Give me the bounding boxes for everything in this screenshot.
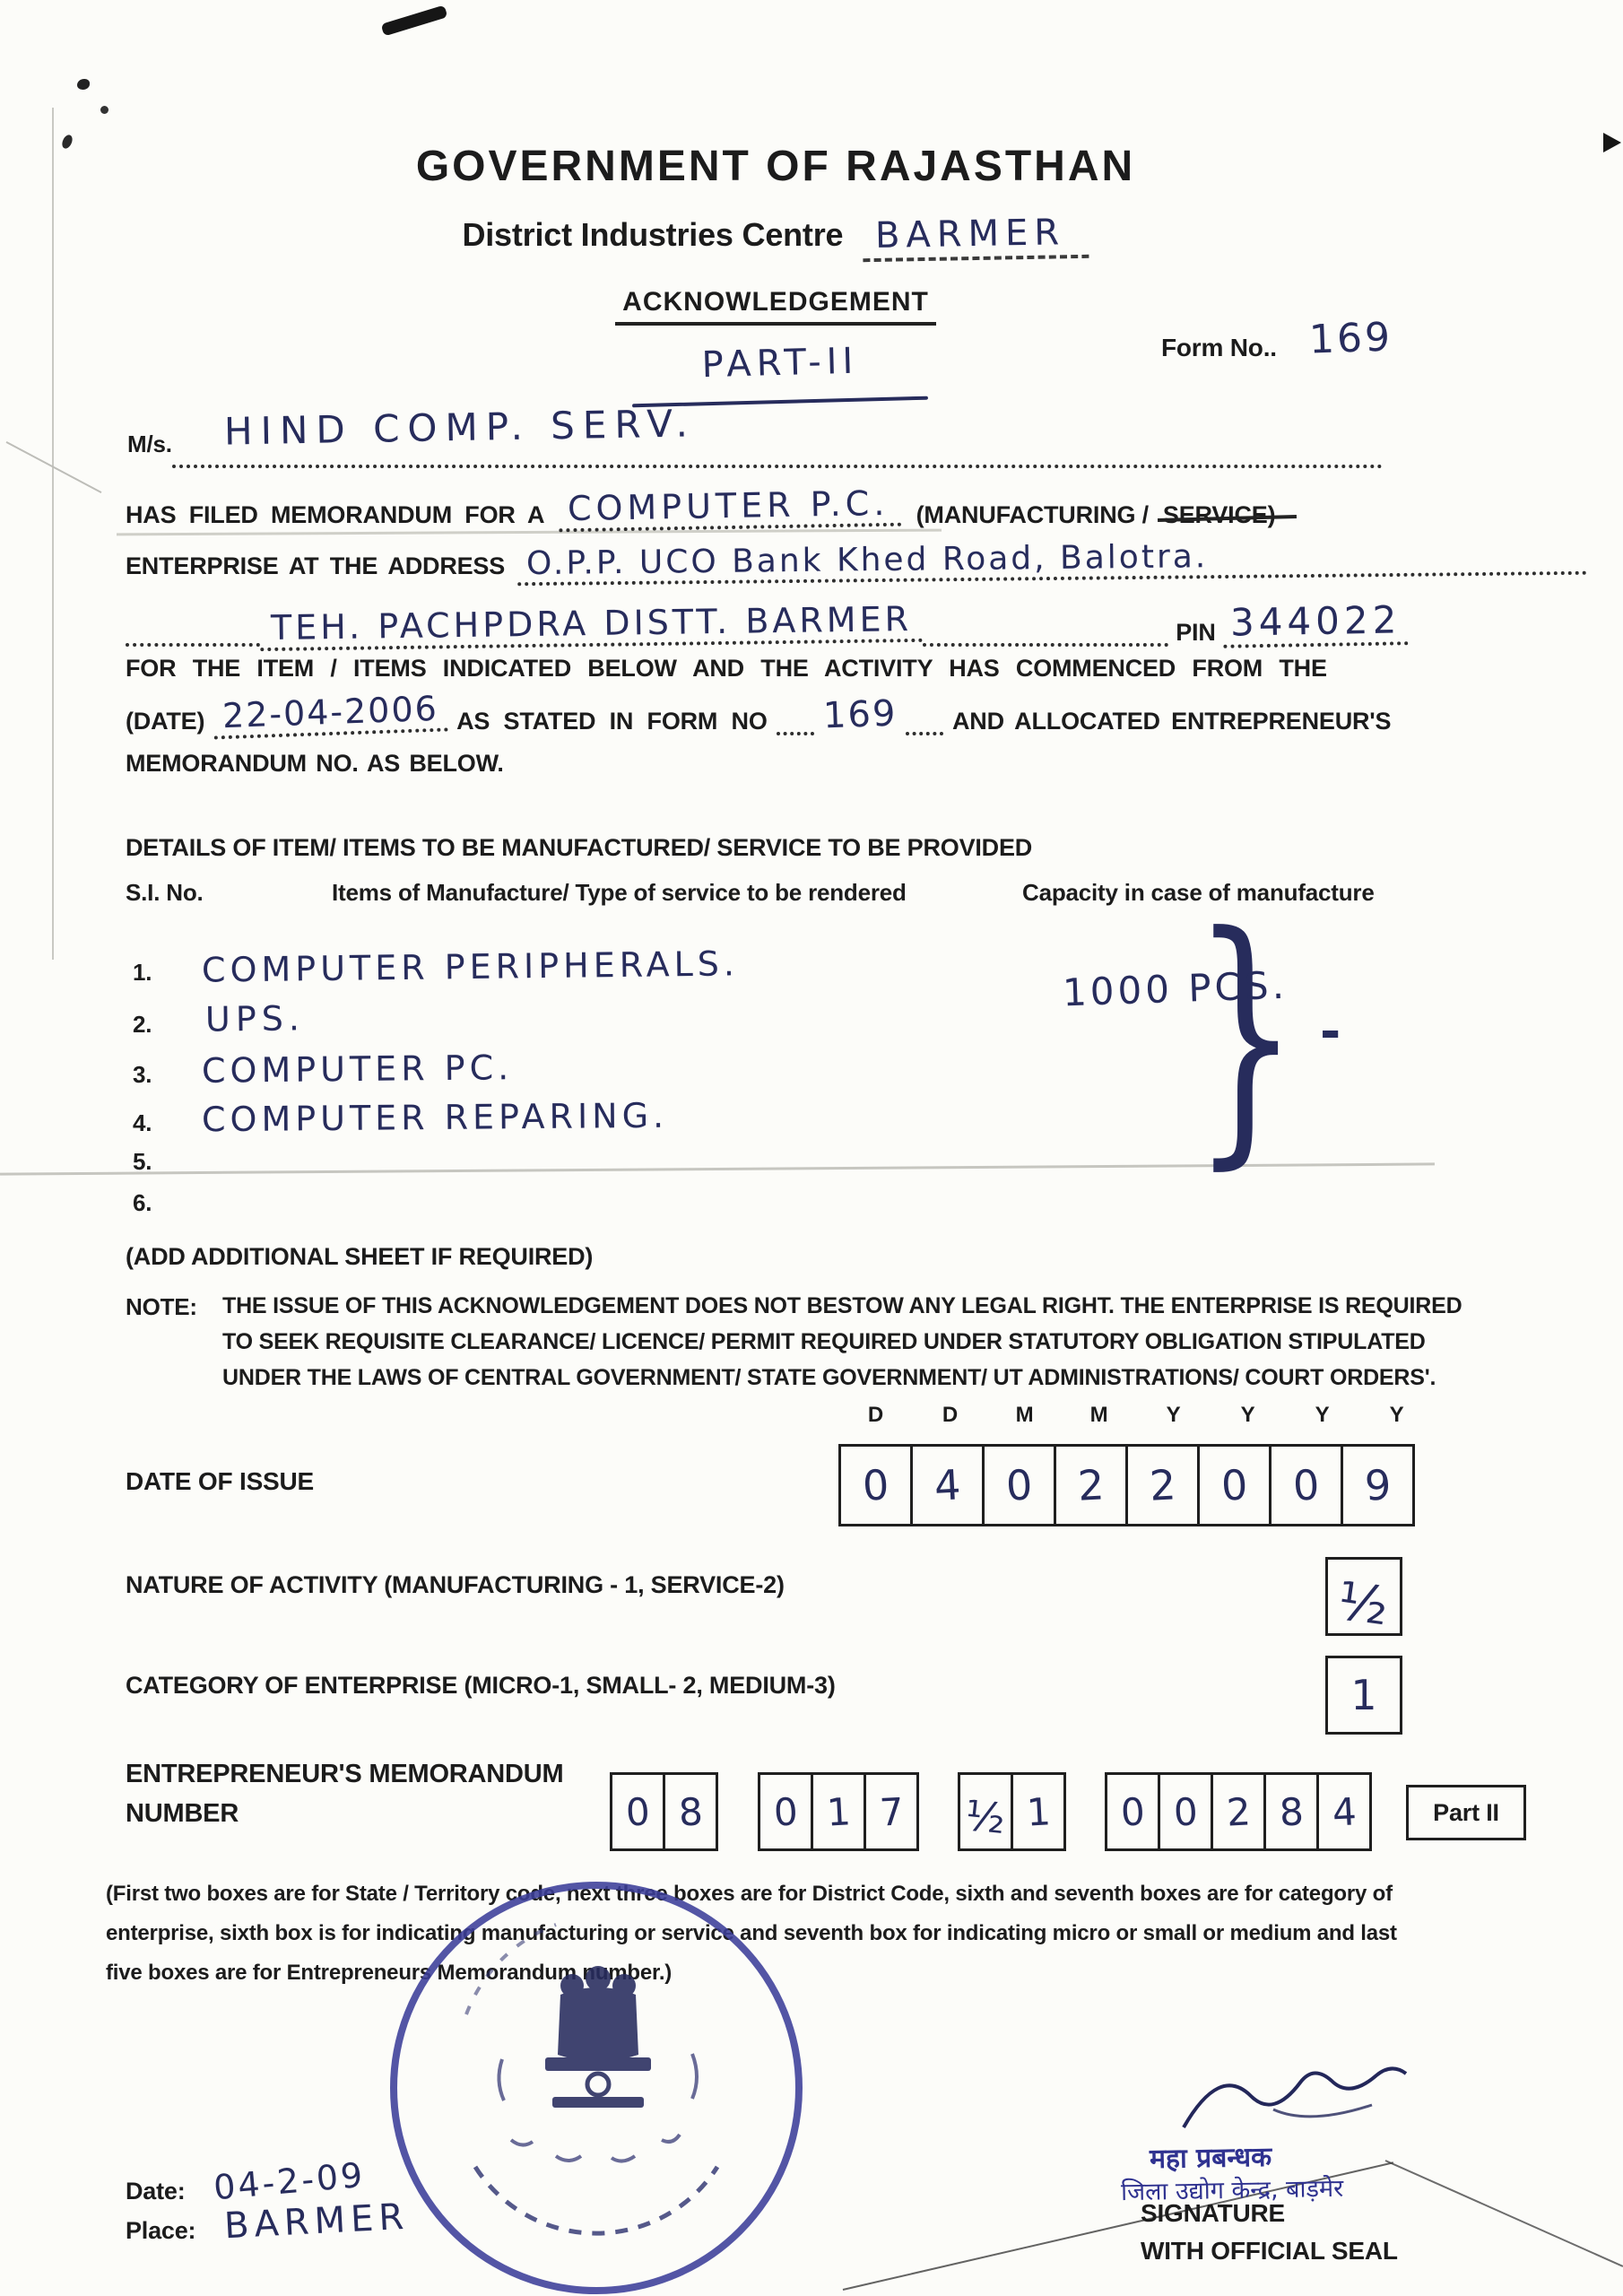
memo-line5-mid: AS STATED IN FORM NO <box>456 708 768 735</box>
em-digit: 2 <box>1225 1789 1251 1834</box>
additional-sheet-note: (ADD ADDITIONAL SHEET IF REQUIRED) <box>126 1243 593 1271</box>
item-no: 5. <box>133 1148 152 1176</box>
em-box: 2 <box>1211 1772 1266 1851</box>
signature-scribble <box>1166 2056 1417 2145</box>
footer-date-label: Date: <box>126 2178 186 2205</box>
em-footnote-line: enterprise, sixth box is for indicating … <box>106 1921 1397 1946</box>
date-letter-row: D D M M Y Y Y Y <box>838 1403 1434 1428</box>
memo-line2: ENTERPRISE AT THE ADDRESS O.P.P. UCO Ban… <box>126 551 1587 580</box>
date-box: 2 <box>1125 1444 1200 1526</box>
scan-smudge <box>100 106 108 114</box>
ack-title: ACKNOWLEDGEMENT <box>615 287 936 326</box>
col-slno: S.I. No. <box>126 879 204 907</box>
date-digit: 0 <box>1219 1460 1248 1509</box>
em-digit: 4 <box>1331 1789 1357 1834</box>
em-box: 0 <box>1158 1772 1213 1851</box>
date-letter: Y <box>1359 1403 1434 1428</box>
leader-dots <box>126 609 260 647</box>
item-no: 4. <box>133 1109 152 1137</box>
em-footnote-line: five boxes are for Entrepreneurs Memoran… <box>106 1961 672 1986</box>
subtitle-label: District Industries Centre <box>462 216 843 254</box>
em-digit: 0 <box>772 1789 798 1834</box>
footer-place-label: Place: <box>126 2217 195 2245</box>
seal-label: WITH OFFICIAL SEAL <box>1141 2237 1398 2266</box>
em-digit: 1 <box>1025 1789 1051 1834</box>
note-line: THE ISSUE OF THIS ACKNOWLEDGEMENT DOES N… <box>222 1293 1462 1319</box>
date-letter: Y <box>1211 1403 1285 1428</box>
em-digit: 1 <box>825 1789 851 1834</box>
em-digit: 8 <box>677 1789 703 1834</box>
date-digit: 0 <box>1291 1460 1320 1509</box>
date-box: 0 <box>1269 1444 1343 1526</box>
date-letter: Y <box>1136 1403 1211 1428</box>
memo-line1: HAS FILED MEMORANDUM FOR A COMPUTER P.C.… <box>126 499 1587 529</box>
item-row: 2. UPS. <box>133 999 305 1039</box>
item-no: 1. <box>133 959 152 987</box>
date-letter: M <box>987 1403 1062 1428</box>
scan-crease <box>117 529 942 536</box>
item-row: 5. <box>133 1148 202 1176</box>
item-text: UPS. <box>205 998 305 1039</box>
note-line: UNDER THE LAWS OF CENTRAL GOVERNMENT/ ST… <box>222 1365 1436 1391</box>
em-box: 7 <box>864 1772 919 1851</box>
date-digit: 4 <box>933 1460 961 1509</box>
scan-crease <box>1385 2160 1623 2267</box>
memo-date-label: (DATE) <box>126 708 204 735</box>
category-label: CATEGORY OF ENTERPRISE (MICRO-1, SMALL- … <box>126 1672 836 1700</box>
category-box: 1 <box>1325 1656 1402 1735</box>
date-digit: 0 <box>1004 1460 1033 1509</box>
ms-value: HIND COMP. SERV. <box>224 401 697 453</box>
part-title: PART-II <box>627 339 933 388</box>
capacity-value: 1000 PCS. <box>1062 963 1288 1015</box>
em-box: 8 <box>1263 1772 1319 1851</box>
date-box: 4 <box>910 1444 985 1526</box>
date-of-issue-boxes: 0 4 0 2 2 0 0 9 <box>838 1444 1412 1526</box>
em-label-line2: NUMBER <box>126 1799 239 1829</box>
item-row: 6. <box>133 1189 202 1217</box>
item-row: 1. COMPUTER PERIPHERALS. <box>133 947 739 987</box>
items-brace: } <box>1193 924 1298 1148</box>
em-label-line1: ENTREPRENEUR'S MEMORANDUM <box>126 1760 563 1789</box>
memo-line2-fill: O.P.P. UCO Bank Khed Road, Balotra. <box>517 535 1587 586</box>
item-text: COMPUTER PC. <box>202 1048 514 1091</box>
em-box: ½ <box>958 1772 1013 1851</box>
em-digit: 8 <box>1278 1789 1304 1834</box>
item-no: 3. <box>133 1061 152 1089</box>
items-brace-dash: - <box>1320 1003 1341 1061</box>
leader-dots <box>923 609 1168 647</box>
pin-label: PIN <box>1168 619 1222 647</box>
note-label: NOTE: <box>126 1293 197 1321</box>
form-no-label: Form No.. <box>1161 334 1277 362</box>
date-box: 9 <box>1341 1444 1415 1526</box>
ms-label: M/s. <box>127 430 172 458</box>
page-title: GOVERNMENT OF RAJASTHAN <box>0 142 1551 191</box>
date-box: 0 <box>838 1444 913 1526</box>
memo-line1-fill: COMPUTER P.C. <box>559 483 902 533</box>
em-digit: 0 <box>1119 1789 1145 1834</box>
date-box: 0 <box>982 1444 1056 1526</box>
subtitle-row: District Industries Centre BARMER <box>0 213 1551 260</box>
pin-value: 344022 <box>1222 597 1408 648</box>
leader-dots <box>906 701 943 735</box>
memo-line2-prefix: ENTERPRISE AT THE ADDRESS <box>126 552 505 580</box>
details-heading: DETAILS OF ITEM/ ITEMS TO BE MANUFACTURE… <box>126 834 1032 862</box>
scanned-document: GOVERNMENT OF RAJASTHAN District Industr… <box>0 0 1623 2296</box>
subtitle-fill: BARMER <box>863 212 1089 262</box>
stamp-hindi-line1: महा प्रबन्धक <box>1150 2137 1272 2176</box>
scan-smudge <box>77 79 90 90</box>
scan-edge-mark <box>1603 133 1621 152</box>
form-no-value: 169 <box>1308 314 1393 362</box>
em-box: 0 <box>758 1772 813 1851</box>
item-no: 6. <box>133 1189 152 1217</box>
date-box: 2 <box>1054 1444 1128 1526</box>
em-box: 0 <box>610 1772 665 1851</box>
em-box: 4 <box>1316 1772 1372 1851</box>
date-digit: 9 <box>1363 1460 1392 1509</box>
memo-line1-mid: (MANUFACTURING / <box>916 501 1149 529</box>
em-digit: 0 <box>624 1789 650 1834</box>
item-row: 4. COMPUTER REPARING. <box>133 1098 668 1137</box>
date-digit: 2 <box>1076 1460 1105 1509</box>
memo-line1-struck: SERVICE) <box>1163 501 1275 529</box>
em-group-state: 0 8 <box>610 1772 716 1851</box>
memo-line6: MEMORANDUM NO. AS BELOW. <box>126 750 504 778</box>
em-group-number: 0 0 2 8 4 <box>1105 1772 1369 1851</box>
em-box: 0 <box>1105 1772 1160 1851</box>
em-digit: 0 <box>1172 1789 1198 1834</box>
em-digit: 7 <box>878 1789 904 1834</box>
date-letter: D <box>838 1403 913 1428</box>
item-no: 2. <box>133 1011 152 1039</box>
em-box: 1 <box>1011 1772 1066 1851</box>
memo-line1-prefix: HAS FILED MEMORANDUM FOR A <box>126 501 544 529</box>
date-letter: D <box>913 1403 987 1428</box>
scan-fold-line <box>6 441 102 493</box>
leader-dots <box>777 701 814 735</box>
em-box: 1 <box>811 1772 866 1851</box>
date-box: 0 <box>1197 1444 1271 1526</box>
memo-form-value: 169 <box>822 693 898 737</box>
date-digit: 2 <box>1148 1460 1176 1509</box>
memo-line3-fill: TEH. PACHPDRA DISTT. BARMER <box>260 599 924 651</box>
category-value: 1 <box>1350 1671 1376 1719</box>
em-part-box: Part II <box>1406 1785 1526 1840</box>
date-letter: M <box>1062 1403 1136 1428</box>
scan-smudge <box>381 4 448 36</box>
item-text: COMPUTER REPARING. <box>202 1096 668 1140</box>
em-part-label: Part II <box>1433 1799 1499 1827</box>
memo-line5: (DATE) 22-04-2006 AS STATED IN FORM NO 1… <box>126 701 1596 735</box>
nature-box: ½ <box>1325 1557 1402 1636</box>
item-text: COMPUTER PERIPHERALS. <box>202 944 739 989</box>
nature-value: ½ <box>1333 1570 1392 1637</box>
col-items: Items of Manufacture/ Type of service to… <box>332 879 907 907</box>
nature-label: NATURE OF ACTIVITY (MANUFACTURING - 1, S… <box>126 1571 785 1599</box>
item-row: 3. COMPUTER PC. <box>133 1049 514 1089</box>
date-of-issue-label: DATE OF ISSUE <box>126 1467 314 1496</box>
em-digit: ½ <box>962 1791 1007 1843</box>
em-box: 8 <box>663 1772 718 1851</box>
em-group-category: ½ 1 <box>958 1772 1063 1851</box>
memo-line5-end: AND ALLOCATED ENTREPRENEUR'S <box>952 708 1391 735</box>
note-line: TO SEEK REQUISITE CLEARANCE/ LICENCE/ PE… <box>222 1329 1426 1355</box>
em-group-district: 0 1 7 <box>758 1772 916 1851</box>
date-digit: 0 <box>861 1460 890 1509</box>
memo-line3: TEH. PACHPDRA DISTT. BARMER PIN 344022 <box>126 599 1408 647</box>
memo-line4: FOR THE ITEM / ITEMS INDICATED BELOW AND… <box>126 655 1417 683</box>
memo-date-value: 22-04-2006 <box>213 688 448 739</box>
em-footnote-line: (First two boxes are for State / Territo… <box>106 1882 1393 1907</box>
date-letter: Y <box>1285 1403 1359 1428</box>
signature-label: SIGNATURE <box>1141 2199 1285 2228</box>
footer-place-value: BARMER <box>223 2196 410 2248</box>
